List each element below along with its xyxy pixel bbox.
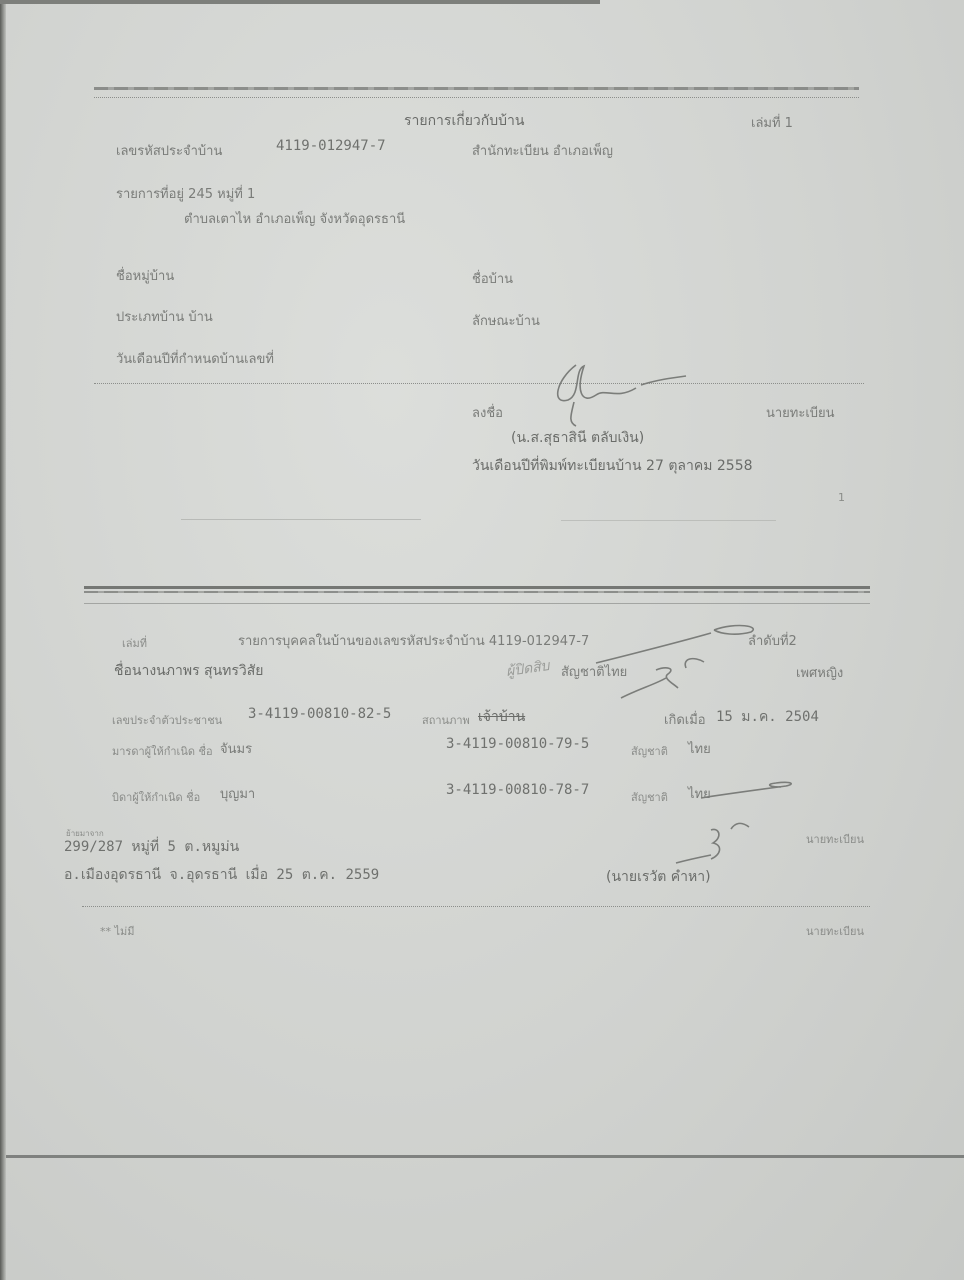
mother-nationality: ไทย bbox=[688, 738, 711, 759]
house-feature-label: ลักษณะบ้าน bbox=[472, 310, 540, 331]
faded-rule-left bbox=[181, 519, 421, 520]
print-date: วันเดือนปีที่พิมพ์ทะเบียนบ้าน 27 ตุลาคม … bbox=[472, 455, 753, 477]
status-label: สถานภาพ bbox=[422, 711, 470, 729]
sign-label: ลงชื่อ bbox=[472, 402, 503, 423]
signature-dotted-rule bbox=[94, 383, 864, 384]
registry-office: สำนักทะเบียน อำเภอเพ็ญ bbox=[472, 140, 613, 161]
mother-nationality-label: สัญชาติ bbox=[631, 742, 668, 760]
father-line-scribble bbox=[696, 778, 806, 802]
top-dotted-rule bbox=[94, 97, 859, 98]
house-section-title: รายการเกี่ยวกับบ้าน bbox=[404, 110, 524, 132]
person-section-title: รายการบุคคลในบ้านของเลขรหัสประจำบ้าน 411… bbox=[238, 630, 589, 651]
mother-label: มารดาผู้ให้กำเนิด ชื่อ bbox=[112, 742, 213, 760]
footer-note: ** ไม่มี bbox=[100, 922, 135, 940]
registrar-name: (น.ส.สุธาสินี ตลับเงิน) bbox=[511, 427, 644, 449]
person-book-label: เล่มที่ bbox=[122, 634, 147, 652]
person-registrar-title: นายทะเบียน bbox=[806, 830, 864, 848]
person-section-double-rule bbox=[84, 591, 870, 593]
father-name: บุญมา bbox=[220, 783, 255, 804]
move-in-line-2: อ.เมืองอุดรธานี จ.อุดรธานี เมื่อ 25 ต.ค.… bbox=[64, 864, 379, 886]
person-sex: เพศหญิง bbox=[796, 662, 843, 683]
birth-label: เกิดเมื่อ bbox=[664, 709, 706, 730]
house-name-label: ชื่อบ้าน bbox=[472, 268, 513, 289]
paper-fold-line bbox=[6, 1155, 964, 1158]
registrar-title: นายทะเบียน bbox=[766, 402, 835, 423]
house-code: 4119-012947-7 bbox=[276, 138, 386, 154]
person-registrar-name: (นายเรวัต คำหา) bbox=[606, 866, 711, 888]
village-name-label: ชื่อหมู่บ้าน bbox=[116, 265, 174, 286]
person-footer-dotted-rule bbox=[82, 906, 870, 907]
footer-registrar-title: นายทะเบียน bbox=[806, 922, 864, 940]
id-number: 3-4119-00810-82-5 bbox=[248, 706, 391, 722]
book-number: เล่มที่ 1 bbox=[751, 112, 793, 133]
person-section-thin-rule bbox=[84, 603, 870, 604]
faded-rule-right bbox=[561, 520, 776, 521]
house-code-label: เลขรหัสประจำบ้าน bbox=[116, 140, 222, 161]
person-nationality: สัญชาติไทย bbox=[561, 661, 627, 682]
house-number-date-label: วันเดือนปีที่กำหนดบ้านเลขที่ bbox=[116, 348, 274, 369]
person-section-thick-rule bbox=[84, 586, 870, 589]
page-top-edge bbox=[0, 0, 600, 4]
mother-id: 3-4119-00810-79-5 bbox=[446, 736, 589, 752]
birth-date: 15 ม.ค. 2504 bbox=[716, 706, 819, 728]
house-registration-page: รายการเกี่ยวกับบ้าน เล่มที่ 1 เลขรหัสประ… bbox=[6, 0, 964, 1280]
page-marker: 1 bbox=[838, 491, 845, 504]
person-name: ชื่อนางนภาพร สุนทรวิสัย bbox=[114, 660, 264, 682]
address-line-2: ตำบลเตาไห อำเภอเพ็ญ จังหวัดอุดรธานี bbox=[184, 208, 405, 229]
father-nationality-label: สัญชาติ bbox=[631, 788, 668, 806]
top-rule bbox=[94, 87, 859, 90]
move-in-line-1: 299/287 หมู่ที่ 5 ต.หมูม่น bbox=[64, 836, 239, 858]
signature-stamp-text: ผู้ปิดสิบ bbox=[505, 655, 551, 683]
mother-name: จันมร bbox=[220, 738, 252, 759]
id-label: เลขประจำตัวประชาชน bbox=[112, 711, 222, 729]
address-line-1: รายการที่อยู่ 245 หมู่ที่ 1 bbox=[116, 183, 255, 204]
father-id: 3-4119-00810-78-7 bbox=[446, 782, 589, 798]
house-type-label: ประเภทบ้าน บ้าน bbox=[116, 306, 213, 327]
father-label: บิดาผู้ให้กำเนิด ชื่อ bbox=[112, 788, 200, 806]
registrar-signature-1 bbox=[546, 360, 696, 430]
status-value: เจ้าบ้าน bbox=[478, 706, 525, 728]
